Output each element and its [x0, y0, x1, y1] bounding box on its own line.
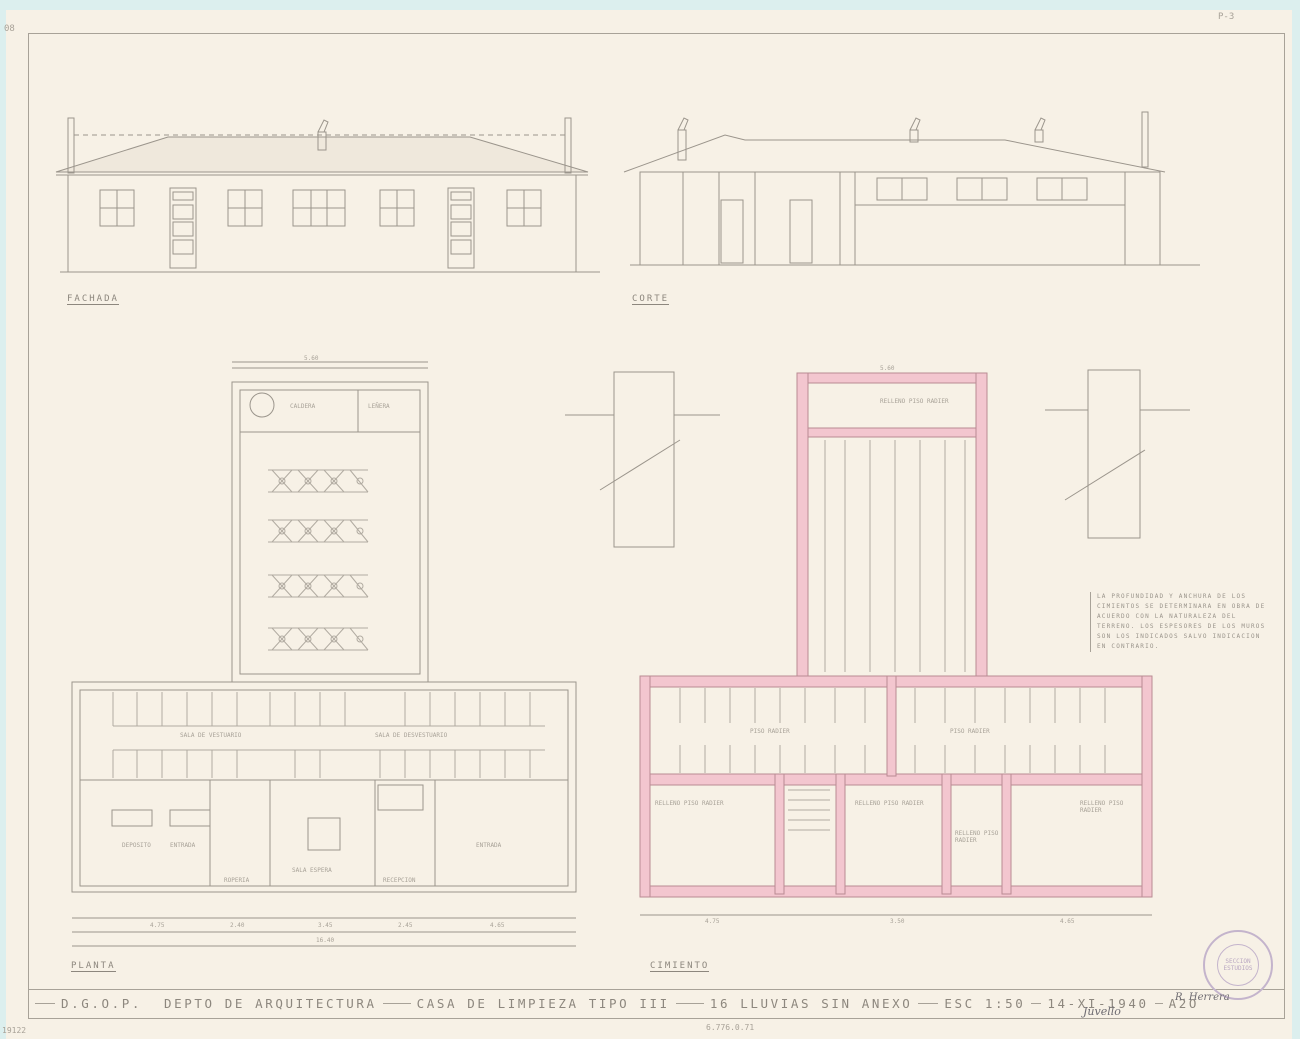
- foundation-room-a: RELLENO PISO RADIER: [655, 800, 725, 807]
- plan-label: PLANTA: [71, 961, 116, 972]
- plan-dim-3: 3.45: [318, 922, 332, 929]
- foundation-room-d: RELLENO PISO RADIER: [1080, 800, 1140, 814]
- foundation-dim-1: 4.75: [705, 918, 719, 925]
- plan-dim-4: 2.45: [398, 922, 412, 929]
- archive-ref-left: 19122: [2, 1026, 26, 1035]
- title-scale: ESC 1:50: [944, 996, 1025, 1011]
- foundation-detail-sections: [565, 370, 1190, 547]
- foundation-dim-2: 3.50: [890, 918, 904, 925]
- foundation-dim-top: 5.60: [880, 365, 894, 372]
- title-spec: 16 LLUVIAS SIN ANEXO: [710, 996, 913, 1011]
- foundation-dim-3: 4.65: [1060, 918, 1074, 925]
- plan-dim-1: 4.75: [150, 922, 164, 929]
- foundation-zone-top: RELLENO PISO RADIER: [880, 398, 949, 405]
- plan-room-roperia: ROPERIA: [224, 877, 249, 884]
- plan-room-sala-espera: SALA ESPERA: [292, 867, 332, 874]
- facade-elevation: [56, 118, 600, 272]
- plan-dim-total: 16.40: [316, 937, 334, 944]
- plan-room-entrada-left: ENTRADA: [170, 842, 195, 849]
- plan-dim-2: 2.40: [230, 922, 244, 929]
- plan-room-caldera: CALDERA: [290, 403, 315, 410]
- plan-dim-5: 4.65: [490, 922, 504, 929]
- foundation-room-c: RELLENO PISO RADIER: [955, 830, 1000, 844]
- foundation-plan: [640, 373, 1152, 915]
- plan-hall-right: SALA DE DESVESTUARIO: [375, 732, 447, 739]
- architectural-drawing: [0, 0, 1300, 1039]
- plan-room-entrada-right: ENTRADA: [476, 842, 501, 849]
- facade-label: FACHADA: [67, 294, 119, 305]
- foundation-label: CIMIENTO: [650, 961, 709, 972]
- stamp-line-2: ESTUDIOS: [1224, 965, 1253, 972]
- foundation-room-b: RELLENO PISO RADIER: [855, 800, 925, 807]
- section-view: [624, 112, 1200, 265]
- foundation-zone-left: PISO RADIER: [750, 728, 790, 735]
- title-project: CASA DE LIMPIEZA TIPO III: [417, 996, 670, 1011]
- foundation-zone-right: PISO RADIER: [950, 728, 990, 735]
- plan-room-deposito: DEPOSITO: [122, 842, 151, 849]
- signature-2: R. Herrera: [1175, 992, 1230, 1003]
- title-department: DEPTO DE ARQUITECTURA: [164, 996, 377, 1011]
- plan-dim-top: 5.60: [304, 355, 318, 362]
- floor-plan: [72, 362, 576, 946]
- plan-room-recepcion: RECEPCION: [383, 877, 416, 884]
- plan-hall-left: SALA DE VESTUARIO: [180, 732, 241, 739]
- section-label: CORTE: [632, 294, 669, 305]
- foundation-note: LA PROFUNDIDAD Y ANCHURA DE LOS CIMIENTO…: [1090, 592, 1267, 652]
- title-org: D.G.O.P.: [61, 996, 142, 1011]
- archive-ref-center: 6.776.0.71: [706, 1023, 754, 1032]
- plan-room-lenera: LEÑERA: [368, 403, 390, 410]
- stamp-line-1: SECCION: [1225, 958, 1250, 965]
- signature-1: Juvello: [1083, 1005, 1121, 1018]
